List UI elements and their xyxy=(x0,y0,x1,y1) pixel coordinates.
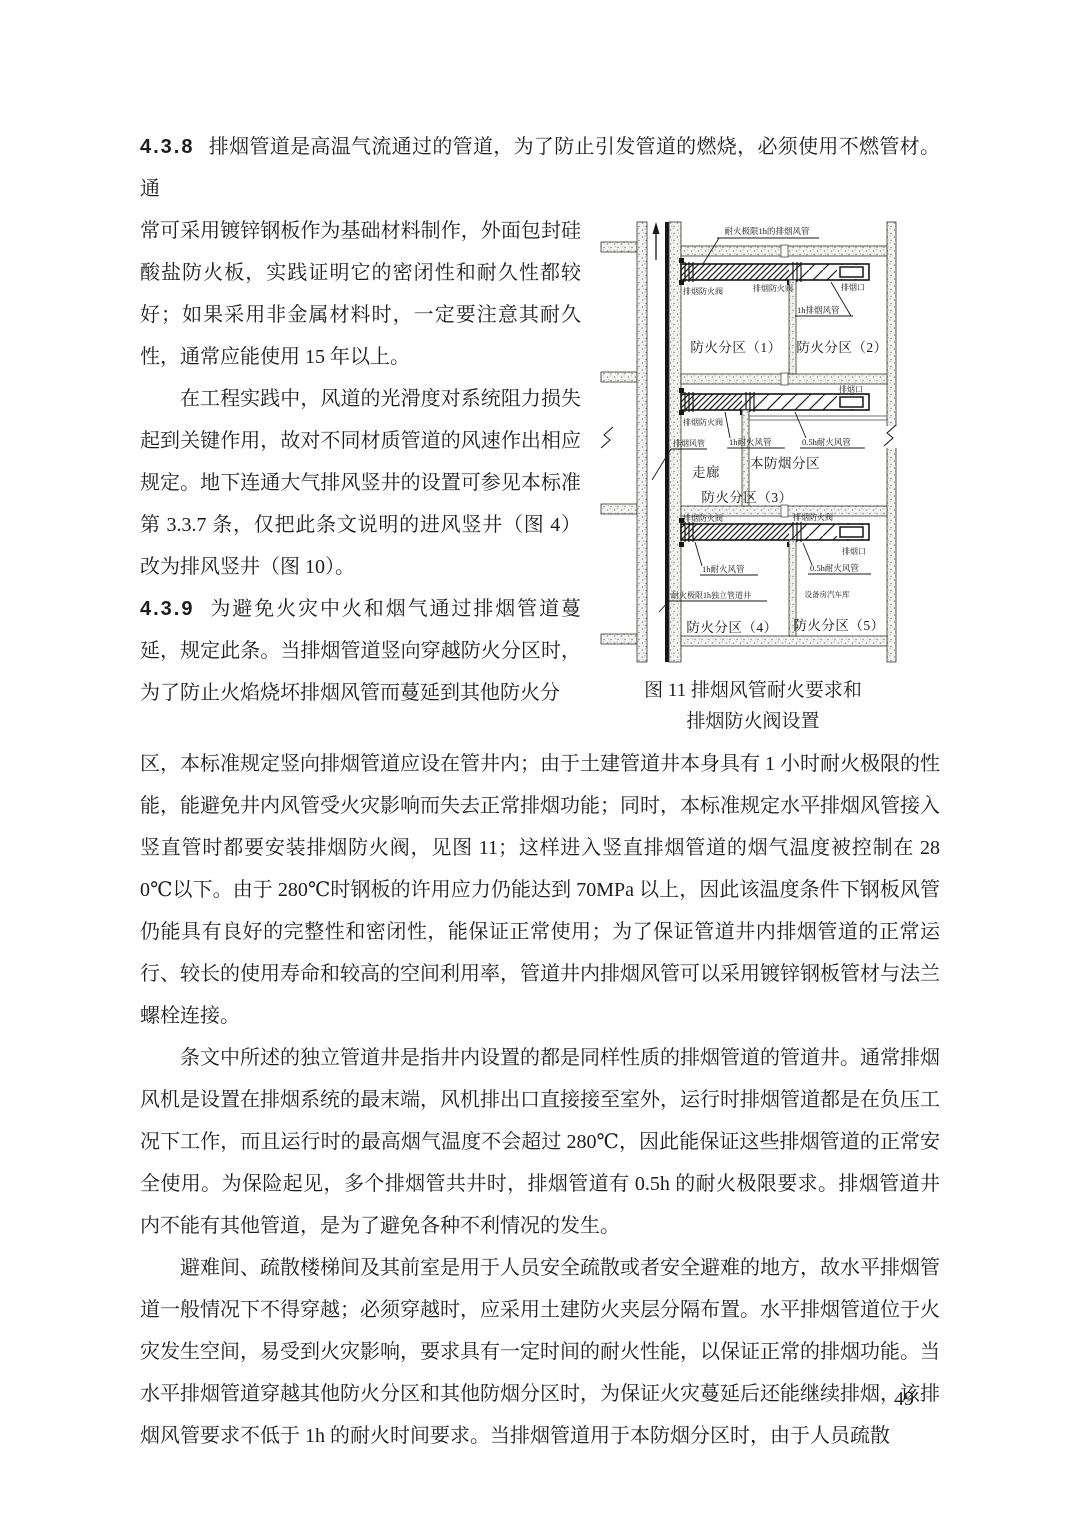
label-fire-zone-2: 防火分区（2） xyxy=(796,340,887,355)
label-fire-zone-1: 防火分区（1） xyxy=(690,340,781,355)
document-page: 4.3.8排烟管道是高温气流通过的管道，为了防止引发管道的燃烧，必须使用不燃管材… xyxy=(0,0,1080,1527)
label-l3-damper-left: 排烟防火阀 xyxy=(683,513,723,523)
figure-11-diagram: 耐火极限1h的排烟风管 排烟防火阀 排烟防火阀 排烟口 1h排烟风管 防火分区（… xyxy=(599,214,907,669)
label-l1-damper-left: 排烟防火阀 xyxy=(683,286,723,296)
label-smoke-zone: 本防烟分区 xyxy=(750,455,820,471)
floor-slabs xyxy=(681,245,887,646)
level1-partition-wall xyxy=(789,280,796,374)
label-fireproof-duct-1h: 耐火极限1h的排烟风管 xyxy=(724,226,810,236)
label-shaft-duct: 排烟风管 xyxy=(673,438,705,448)
figure-caption-line2: 排烟防火阀设置 xyxy=(599,706,907,737)
section-438-text: 排烟管道是高温气流通过的管道，为了防止引发管道的燃烧，必须使用不燃管材。通 xyxy=(140,136,940,200)
label-l3-damper-mid: 排烟防火阀 xyxy=(793,512,833,522)
level1-duct xyxy=(679,258,869,285)
section-4-3-8-first-line: 4.3.8排烟管道是高温气流通过的管道，为了防止引发管道的燃烧，必须使用不燃管材… xyxy=(140,126,940,210)
label-corridor: 走廊 xyxy=(692,464,720,480)
label-l2-damper: 排烟防火阀 xyxy=(683,417,723,427)
page-content: 4.3.8排烟管道是高温气流通过的管道，为了防止引发管道的燃烧，必须使用不燃管材… xyxy=(140,126,940,1457)
label-equipment-room: 设备房汽车库 xyxy=(805,589,850,599)
label-l2-duct-1h: 1h耐火风管 xyxy=(729,437,772,447)
label-fire-zone-3: 防火分区（3） xyxy=(701,490,792,505)
level2-smoke-outlet xyxy=(840,397,863,407)
label-fire-zone-4: 防火分区（4） xyxy=(686,620,777,635)
figure-caption-line1: 图 11 排烟风管耐火要求和 xyxy=(599,675,907,706)
figure-caption: 图 11 排烟风管耐火要求和 排烟防火阀设置 xyxy=(599,675,907,737)
label-l1-outlet: 排烟口 xyxy=(841,282,865,292)
label-l1-damper-mid: 排烟防火阀 xyxy=(753,283,793,293)
label-l3-outlet: 排烟口 xyxy=(842,546,866,556)
label-independent-shaft: 耐火极限1h独立管道井 xyxy=(671,590,751,600)
figure-11: 耐火极限1h的排烟风管 排烟防火阀 排烟防火阀 排烟口 1h排烟风管 防火分区（… xyxy=(595,214,940,737)
label-l2-outlet: 排烟口 xyxy=(839,384,863,394)
section-number-439: 4.3.9 xyxy=(140,598,194,620)
label-l3-duct-05h: 0.5h耐火风管 xyxy=(810,563,859,573)
level2-ceiling-lines xyxy=(749,416,887,420)
level1-smoke-outlet xyxy=(840,267,863,277)
section-439-text: 为避免火灾中火和烟气通过排烟管道蔓延，规定此条。当排烟管道竖向穿越防火分区时，为… xyxy=(140,598,581,704)
section-4-3-9-continuation: 区，本标准规定竖向排烟管道应设在管井内；由于土建管道井本身具有 1 小时耐火极限… xyxy=(140,743,940,1037)
label-l3-duct-1h: 1h耐火风管 xyxy=(702,564,745,574)
label-l1-duct-1h: 1h排烟风管 xyxy=(797,305,840,315)
label-fire-zone-5: 防火分区（5） xyxy=(793,618,884,633)
page-number: 49 xyxy=(140,1388,940,1411)
level3-smoke-outlet xyxy=(840,527,863,537)
shaft-flow-arrow xyxy=(653,222,660,260)
paragraph-refuge-rooms: 避难间、疏散楼梯间及其前室是用于人员安全疏散或者安全避难的地方，故水平排烟管道一… xyxy=(140,1247,940,1457)
right-wall xyxy=(885,222,898,662)
paragraph-independent-shaft: 条文中所述的独立管道井是指井内设置的都是同样性质的排烟管道的管道井。通常排烟风机… xyxy=(140,1037,940,1247)
label-l2-duct-05h: 0.5h耐火风管 xyxy=(802,437,851,447)
section-number-438: 4.3.8 xyxy=(140,136,194,158)
